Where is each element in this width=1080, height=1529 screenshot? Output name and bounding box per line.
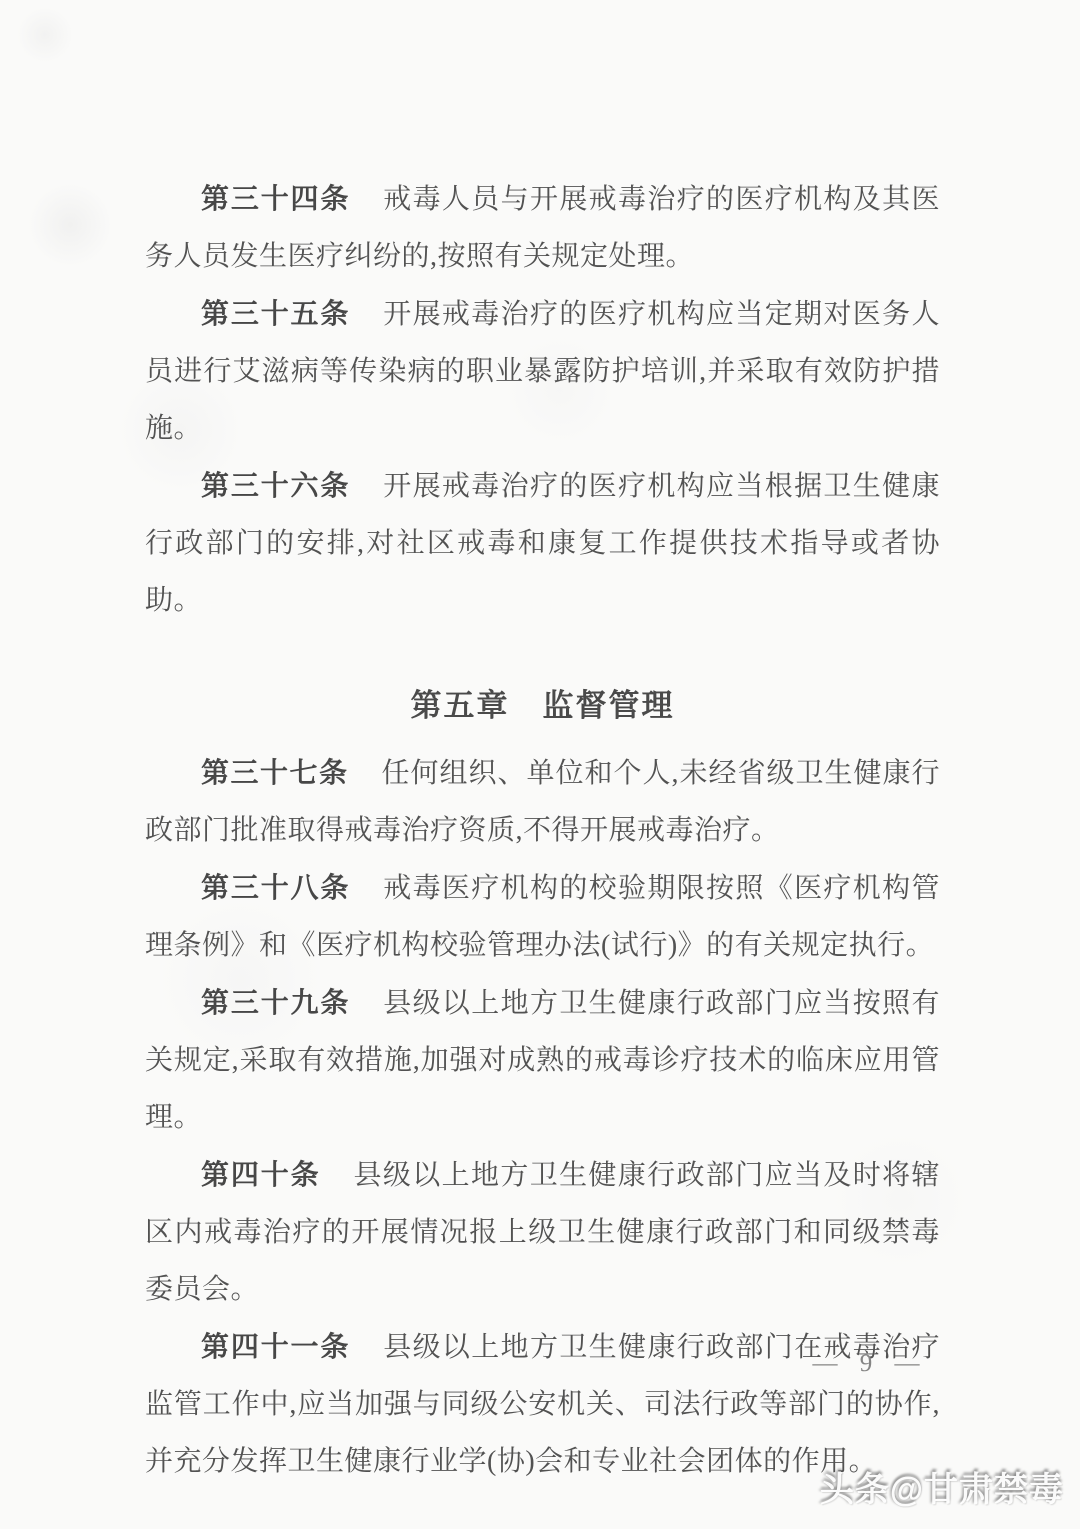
article-39-paragraph: 第三十九条县级以上地方卫生健康行政部门应当按照有关规定,采取有效措施,加强对成熟… [145,974,940,1146]
article-40-number: 第四十条 [201,1159,320,1190]
article-38-number: 第三十八条 [201,872,350,903]
article-36-paragraph: 第三十六条开展戒毒治疗的医疗机构应当根据卫生健康行政部门的安排,对社区戒毒和康复… [145,457,940,629]
article-39-number: 第三十九条 [201,987,350,1018]
article-34-number: 第三十四条 [201,183,350,214]
article-34-paragraph: 第三十四条戒毒人员与开展戒毒治疗的医疗机构及其医务人员发生医疗纠纷的,按照有关规… [145,170,940,285]
chapter-5-heading: 第五章 监督管理 [145,677,940,734]
article-40-paragraph: 第四十条县级以上地方卫生健康行政部门应当及时将辖区内戒毒治疗的开展情况报上级卫生… [145,1146,940,1318]
article-35-number: 第三十五条 [201,298,350,329]
document-body: 第三十四条戒毒人员与开展戒毒治疗的医疗机构及其医务人员发生医疗纠纷的,按照有关规… [145,170,940,1490]
page-number: — 9 — [800,1350,940,1378]
article-41-number: 第四十一条 [201,1331,350,1362]
article-37-paragraph: 第三十七条任何组织、单位和个人,未经省级卫生健康行政部门批准取得戒毒治疗资质,不… [145,744,940,859]
article-38-paragraph: 第三十八条戒毒医疗机构的校验期限按照《医疗机构管理条例》和《医疗机构校验管理办法… [145,859,940,974]
article-36-number: 第三十六条 [201,470,350,501]
toutiao-watermark: 头条@甘肃禁毒 [820,1462,1064,1511]
article-37-number: 第三十七条 [201,757,349,788]
scanned-document-page: 第三十四条戒毒人员与开展戒毒治疗的医疗机构及其医务人员发生医疗纠纷的,按照有关规… [0,0,1080,1529]
article-35-paragraph: 第三十五条开展戒毒治疗的医疗机构应当定期对医务人员进行艾滋病等传染病的职业暴露防… [145,285,940,457]
